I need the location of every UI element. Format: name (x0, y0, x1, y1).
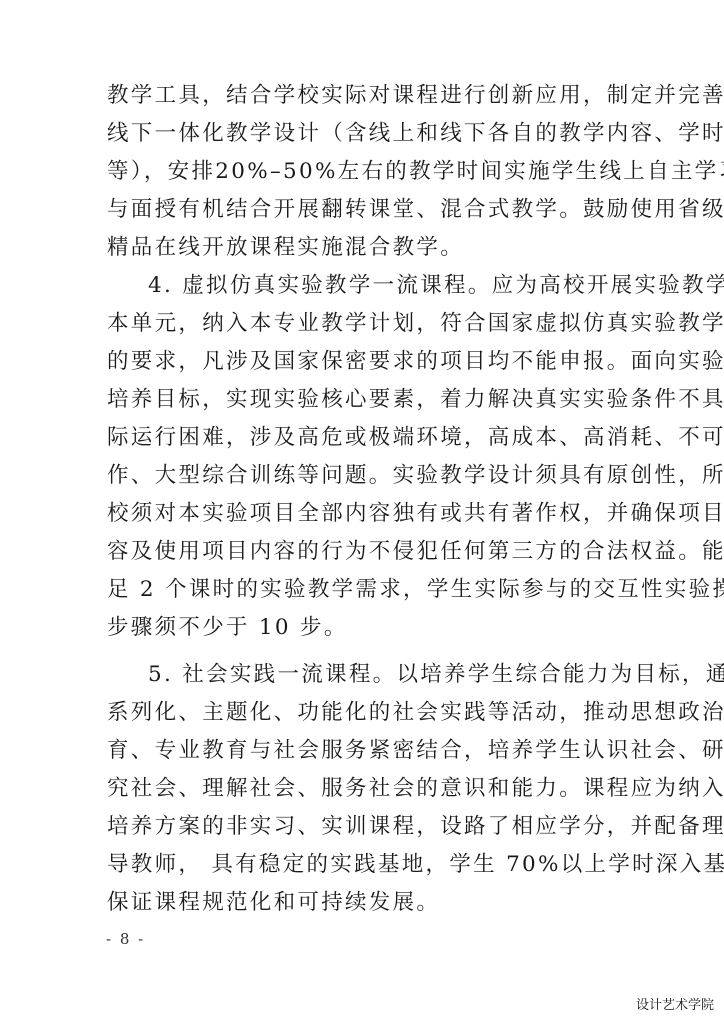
text-line: 精品在线开放课程实施混合教学。 (107, 229, 627, 267)
watermark-label: 设计艺术学院 (636, 994, 714, 1013)
text-line: 导教师， 具有稳定的实践基地，学生 70%以上学时深入基层， (107, 846, 627, 884)
text-line: 系列化、主题化、功能化的社会实践等活动，推动思想政治教 (107, 694, 627, 732)
document-page: 教学工具，结合学校实际对课程进行创新应用，制定并完善线上 线下一体化教学设计（含… (0, 0, 724, 1024)
text-line: 究社会、理解社会、服务社会的意识和能力。课程应为纳入人才 (107, 770, 627, 808)
text-line: 容及使用项目内容的行为不侵犯任何第三方的合法权益。能满 (107, 533, 627, 571)
text-line: 保证课程规范化和可持续发展。 (107, 884, 627, 922)
text-line: 步骤须不少于 10 步。 (107, 609, 627, 647)
text-line: 教学工具，结合学校实际对课程进行创新应用，制定并完善线上 (107, 77, 627, 115)
text-line: 与面授有机结合开展翻转课堂、混合式教学。鼓励使用省级以上 (107, 191, 627, 229)
section-4-heading-line: 4. 虚拟仿真实验教学一流课程。应为高校开展实验教学的基 (148, 267, 628, 305)
text-line: 培养目标，实现实验核心要素，着力解决真实实验条件不具备或实 (107, 381, 627, 419)
text-line: 作、大型综合训练等问题。实验教学设计须具有原创性，所属学 (107, 457, 627, 495)
text-line: 等），安排20%–50%左右的教学时间实施学生线上自主学习， (107, 153, 627, 191)
text-line: 培养方案的非实习、实训课程，设路了相应学分，并配备理论指 (107, 808, 627, 846)
text-line: 际运行困难，涉及高危或极端环境，高成本、高消耗、不可逆操 (107, 419, 627, 457)
text-line: 足 2 个课时的实验教学需求，学生实际参与的交互性实验操作 (107, 571, 627, 609)
text-line: 校须对本实验项目全部内容独有或共有著作权，并确保项目内 (107, 495, 627, 533)
text-line: 的要求，凡涉及国家保密要求的项目均不能申报。面向实验教学 (107, 343, 627, 381)
text-line: 育、专业教育与社会服务紧密结合，培养学生认识社会、研 (107, 732, 627, 770)
page-number: - 8 - (106, 930, 145, 948)
text-line: 本单元，纳入本专业教学计划，符合国家虚拟仿真实验教学项目 (107, 305, 627, 343)
section-5-heading-line: 5. 社会实践一流课程。以培养学生综合能力为目标，通过 (148, 656, 628, 694)
text-line: 线下一体化教学设计（含线上和线下各自的教学内容、学时分配 (107, 115, 627, 153)
